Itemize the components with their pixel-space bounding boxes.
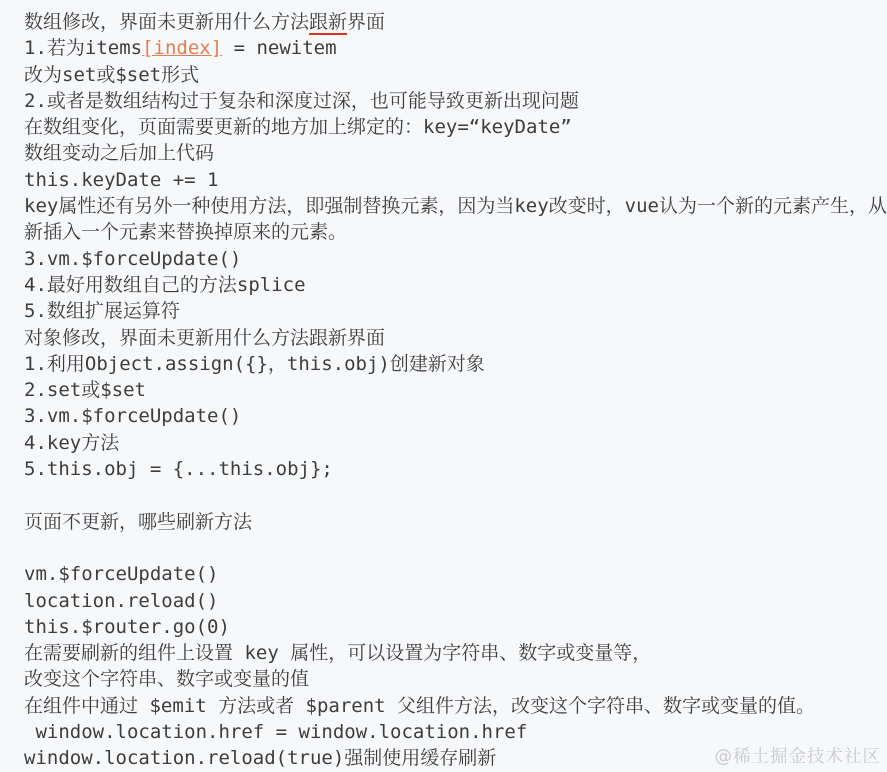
text-line: 页面不更新，哪些刷新方法	[24, 509, 887, 535]
text-line: 4.key方法	[24, 430, 887, 456]
text-segment: 2.set或$set	[24, 379, 146, 401]
text-segment: 1.利用Object.assign({}，this.obj)创建新对象	[24, 353, 485, 375]
text-line: 改为set或$set形式	[24, 62, 887, 88]
text-line: 对象修改，界面未更新用什么方法跟新界面	[24, 325, 887, 351]
text-line: 改变这个字符串、数字或变量的值	[24, 666, 887, 692]
text-segment: window.location.reload(true)强制使用缓存刷新	[24, 747, 496, 769]
text-segment: 在组件中通过 $emit 方法或者 $parent 父组件方法，改变这个字符串、…	[24, 695, 815, 717]
text-segment: 5.this.obj = {...this.obj};	[24, 458, 333, 480]
text-segment: 4.key方法	[24, 432, 119, 454]
text-segment: 数组修改，界面未更新用什么方法	[24, 11, 309, 33]
text-segment: this.keyDate += 1	[24, 169, 218, 191]
text-segment: 新插入一个元素来替换掉原来的元素。	[24, 221, 347, 243]
text-segment: window.location.href = window.location.h…	[24, 721, 527, 743]
text-line: 在数组变化，页面需要更新的地方加上绑定的：key=“keyDate”	[24, 114, 887, 140]
text-segment: location.reload()	[24, 590, 218, 612]
text-segment: 2.或者是数组结构过于复杂和深度过深，也可能导致更新出现问题	[24, 90, 579, 112]
text-segment: 改为set或$set形式	[24, 64, 199, 86]
text-segment: 在需要刷新的组件上设置 key 属性，可以设置为字符串、数字或变量等，	[24, 642, 651, 664]
text-segment: 数组变动之后加上代码	[24, 142, 214, 164]
text-line: 3.vm.$forceUpdate()	[24, 403, 887, 429]
text-line: 新插入一个元素来替换掉原来的元素。	[24, 219, 887, 245]
text-segment: = newitem	[222, 37, 336, 59]
text-line: window.location.href = window.location.h…	[24, 719, 887, 745]
text-line	[24, 482, 887, 508]
text-line: 在需要刷新的组件上设置 key 属性，可以设置为字符串、数字或变量等，	[24, 640, 887, 666]
text-line: 数组修改，界面未更新用什么方法跟新界面	[24, 9, 887, 35]
text-segment: 页面不更新，哪些刷新方法	[24, 511, 252, 533]
text-segment: 1.若为items	[24, 37, 142, 59]
text-line: 3.vm.$forceUpdate()	[24, 246, 887, 272]
text-line: 5.this.obj = {...this.obj};	[24, 456, 887, 482]
text-line: 数组变动之后加上代码	[24, 140, 887, 166]
text-segment: 3.vm.$forceUpdate()	[24, 248, 241, 270]
text-segment: 改变这个字符串、数字或变量的值	[24, 668, 309, 690]
text-segment: 界面	[347, 11, 385, 33]
text-line: vm.$forceUpdate()	[24, 561, 887, 587]
text-segment: 在数组变化，页面需要更新的地方加上绑定的：key=“keyDate”	[24, 116, 572, 138]
text-line: this.$router.go(0)	[24, 614, 887, 640]
text-line: 1.利用Object.assign({}，this.obj)创建新对象	[24, 351, 887, 377]
text-line: 4.最好用数组自己的方法splice	[24, 272, 887, 298]
document-body: 数组修改，界面未更新用什么方法跟新界面1.若为items[index] = ne…	[24, 9, 887, 772]
text-segment: 3.vm.$forceUpdate()	[24, 405, 241, 427]
text-segment: key属性还有另外一种使用方法，即强制替换元素，因为当key改变时，vue认为一…	[24, 195, 887, 217]
text-segment: 4.最好用数组自己的方法splice	[24, 274, 306, 296]
text-line: location.reload()	[24, 588, 887, 614]
text-line: 在组件中通过 $emit 方法或者 $parent 父组件方法，改变这个字符串、…	[24, 693, 887, 719]
text-segment: 对象修改，界面未更新用什么方法跟新界面	[24, 327, 385, 349]
text-line	[24, 535, 887, 561]
text-line: 2.set或$set	[24, 377, 887, 403]
text-line: key属性还有另外一种使用方法，即强制替换元素，因为当key改变时，vue认为一…	[24, 193, 887, 219]
text-segment: vm.$forceUpdate()	[24, 563, 218, 585]
text-line: 5.数组扩展运算符	[24, 298, 887, 324]
text-line: 2.或者是数组结构过于复杂和深度过深，也可能导致更新出现问题	[24, 88, 887, 114]
text-line: 1.若为items[index] = newitem	[24, 35, 887, 61]
text-lines: 数组修改，界面未更新用什么方法跟新界面1.若为items[index] = ne…	[24, 9, 887, 772]
text-segment: this.$router.go(0)	[24, 616, 230, 638]
spellcheck-marked-text: 跟新	[309, 11, 347, 35]
watermark: @稀土掘金技术社区	[715, 743, 882, 768]
text-line: this.keyDate += 1	[24, 167, 887, 193]
text-segment: 5.数组扩展运算符	[24, 300, 180, 322]
index-link[interactable]: [index]	[142, 37, 222, 59]
